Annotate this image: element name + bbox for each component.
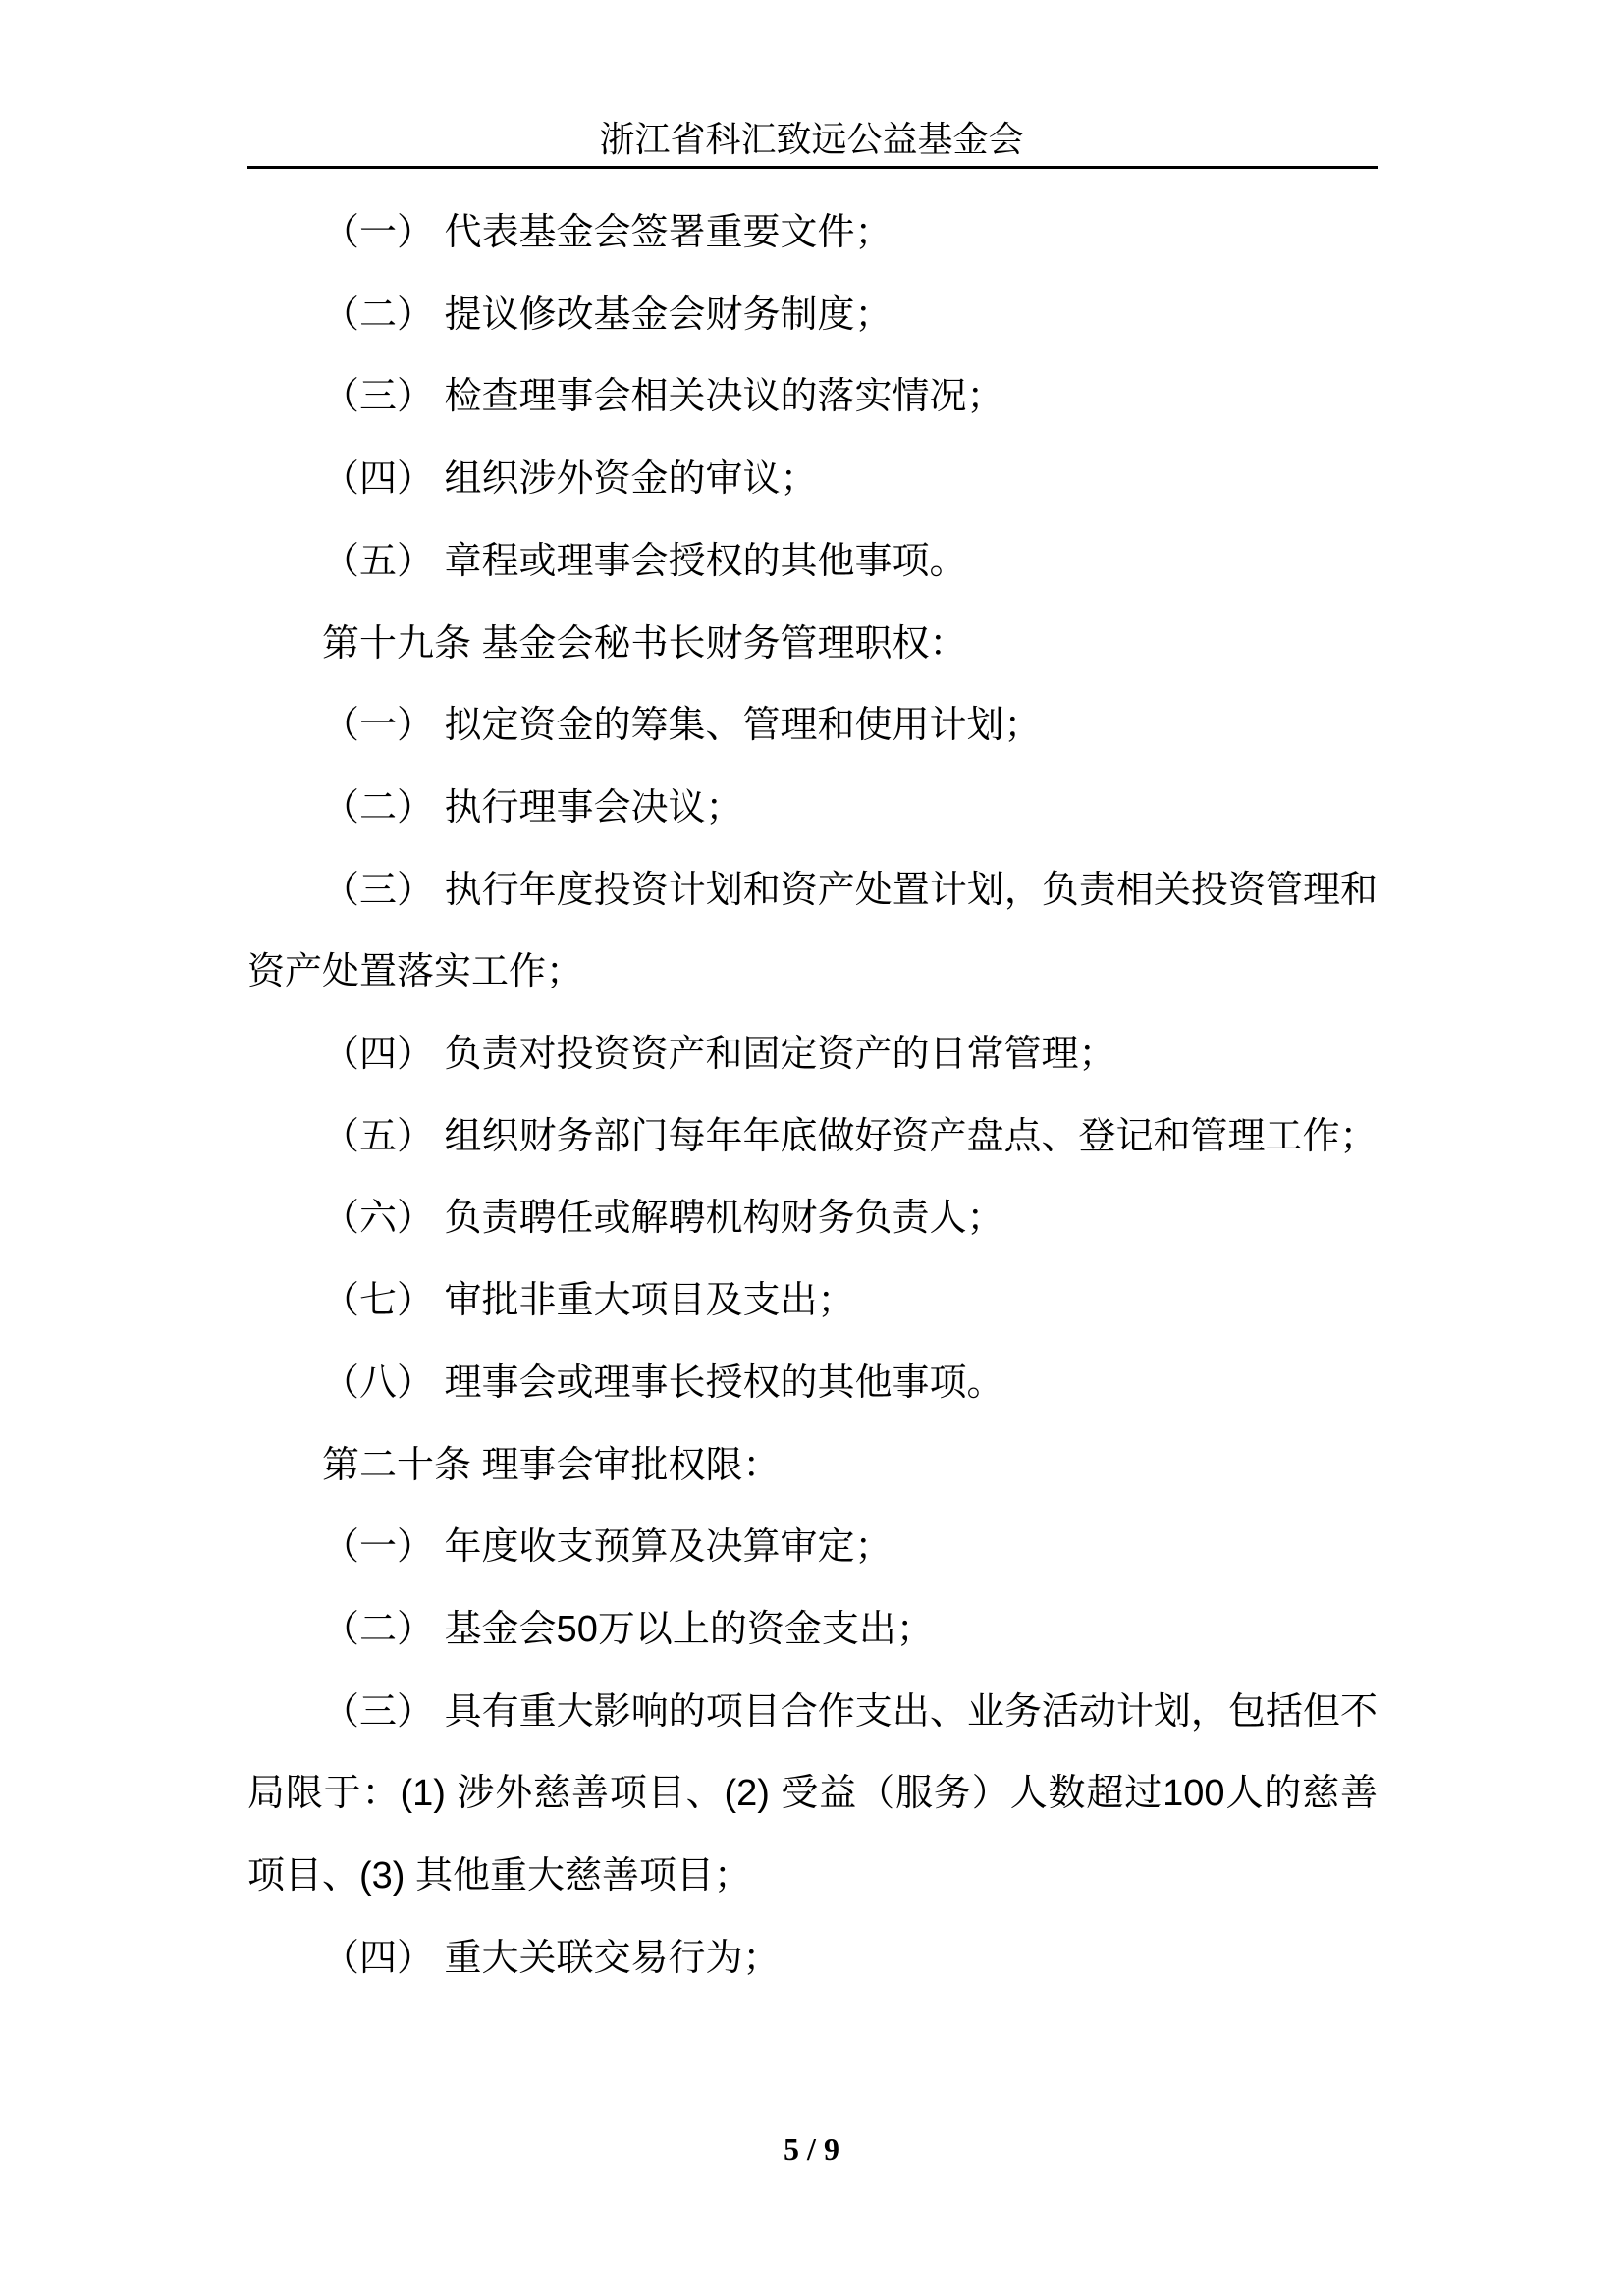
body-paragraph: （五） 组织财务部门每年年底做好资产盘点、登记和管理工作； <box>247 1096 1378 1179</box>
body-paragraph: （一） 年度收支预算及决算审定； <box>247 1507 1378 1589</box>
body-paragraph: （三） 具有重大影响的项目合作支出、业务活动计划，包括但不局限于：(1) 涉外慈… <box>247 1672 1378 1918</box>
body-paragraph: （四） 负责对投资资产和固定资产的日常管理； <box>247 1014 1378 1096</box>
body-paragraph: （二） 执行理事会决议； <box>247 768 1378 850</box>
body-paragraph: （一） 代表基金会签署重要文件； <box>247 192 1378 275</box>
document-header-title: 浙江省科汇致远公益基金会 <box>0 118 1623 161</box>
body-paragraph: （四） 组织涉外资金的审议； <box>247 439 1378 521</box>
body-paragraph-article-20: 第二十条 理事会审批权限： <box>247 1425 1378 1508</box>
body-paragraph: （三） 执行年度投资计划和资产处置计划，负责相关投资管理和资产处置落实工作； <box>247 850 1378 1014</box>
body-paragraph: （六） 负责聘任或解聘机构财务负责人； <box>247 1178 1378 1260</box>
document-body: （一） 代表基金会签署重要文件； （二） 提议修改基金会财务制度； （三） 检查… <box>247 192 1378 2000</box>
body-paragraph-article-19: 第十九条 基金会秘书长财务管理职权： <box>247 604 1378 686</box>
body-paragraph: （七） 审批非重大项目及支出； <box>247 1260 1378 1343</box>
document-page: 浙江省科汇致远公益基金会 （一） 代表基金会签署重要文件； （二） 提议修改基金… <box>0 0 1623 2296</box>
header-divider <box>247 166 1378 169</box>
body-paragraph: （三） 检查理事会相关决议的落实情况； <box>247 356 1378 439</box>
page-number: 5 / 9 <box>0 2132 1623 2165</box>
body-paragraph: （二） 提议修改基金会财务制度； <box>247 275 1378 357</box>
body-paragraph: （八） 理事会或理事长授权的其他事项。 <box>247 1343 1378 1425</box>
body-paragraph: （五） 章程或理事会授权的其他事项。 <box>247 521 1378 604</box>
body-paragraph: （二） 基金会50万以上的资金支出； <box>247 1589 1378 1672</box>
body-paragraph: （一） 拟定资金的筹集、管理和使用计划； <box>247 685 1378 768</box>
body-paragraph: （四） 重大关联交易行为； <box>247 1918 1378 2001</box>
